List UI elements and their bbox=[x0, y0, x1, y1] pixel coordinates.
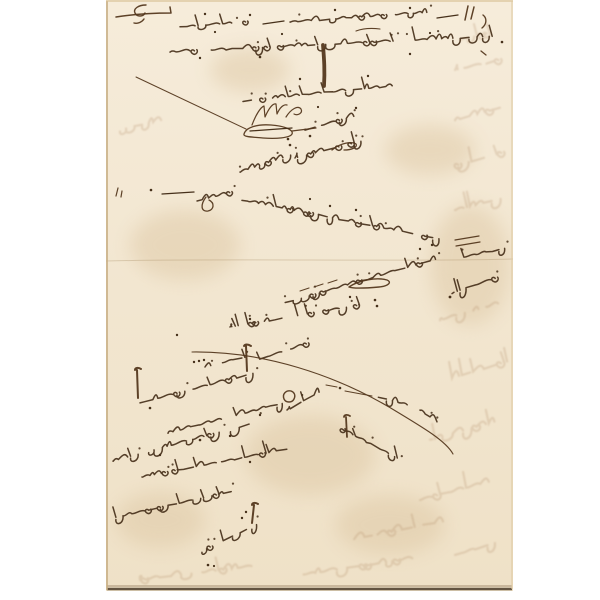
ink-dot bbox=[213, 538, 215, 540]
ink-dot bbox=[295, 147, 297, 149]
diacritic-dot bbox=[259, 56, 262, 59]
ink-dot bbox=[315, 304, 317, 306]
ink-dot bbox=[284, 295, 286, 297]
diacritic-dot bbox=[149, 407, 152, 410]
ink-dot bbox=[172, 463, 174, 465]
diacritic-dot bbox=[409, 53, 411, 55]
diacritic-dot bbox=[249, 14, 251, 16]
ink-dot bbox=[239, 166, 241, 168]
ink-dot bbox=[436, 416, 438, 418]
ink-dot bbox=[406, 33, 408, 35]
diacritic-dot bbox=[419, 248, 421, 250]
ink-dot bbox=[360, 215, 362, 217]
ink-dot bbox=[354, 109, 356, 111]
ink-dot bbox=[256, 367, 258, 369]
paper-stain bbox=[430, 205, 510, 325]
paper-stain bbox=[245, 415, 375, 495]
diacritic-dot bbox=[249, 318, 251, 320]
manuscript-scan bbox=[0, 0, 600, 600]
ink-dot bbox=[138, 447, 140, 449]
diacritic-dot bbox=[199, 439, 202, 442]
ink-dot bbox=[506, 241, 508, 243]
diacritic-dot bbox=[289, 144, 292, 147]
ink-dot bbox=[298, 13, 300, 15]
flourish-stroke bbox=[323, 45, 324, 86]
ink-dot bbox=[355, 135, 357, 137]
diacritic-dot bbox=[449, 296, 452, 299]
ink-dot bbox=[211, 360, 213, 362]
ink-dot bbox=[234, 185, 236, 187]
diacritic-dot bbox=[309, 135, 312, 138]
ink-dot bbox=[249, 315, 251, 317]
ink-dot bbox=[372, 437, 374, 439]
ink-dot bbox=[391, 34, 393, 36]
diacritic-dot bbox=[376, 305, 379, 308]
ink-dot bbox=[207, 538, 209, 540]
ink-dot bbox=[167, 466, 169, 468]
manuscript-page-svg bbox=[0, 0, 600, 600]
diacritic-dot bbox=[339, 387, 342, 390]
diacritic-dot bbox=[355, 209, 357, 211]
ink-dot bbox=[431, 412, 433, 414]
diacritic-dot bbox=[198, 360, 200, 362]
ink-dot bbox=[397, 32, 399, 34]
ink-dot bbox=[430, 5, 432, 7]
diacritic-dot bbox=[214, 31, 216, 33]
ink-dot bbox=[361, 135, 363, 137]
ink-dot bbox=[277, 152, 279, 154]
diacritic-dot bbox=[349, 296, 351, 298]
ink-dot bbox=[307, 337, 309, 339]
ink-dot bbox=[357, 274, 359, 276]
ink-dot bbox=[285, 342, 287, 344]
ink-dot bbox=[342, 140, 344, 142]
ink-dot bbox=[257, 41, 259, 43]
diacritic-dot bbox=[241, 517, 243, 519]
diacritic-dot bbox=[245, 511, 247, 513]
ink-dot bbox=[257, 515, 259, 517]
diacritic-dot bbox=[429, 32, 431, 34]
diacritic-dot bbox=[309, 198, 311, 200]
paper-stain bbox=[130, 210, 240, 280]
ink-dot bbox=[385, 222, 387, 224]
diacritic-dot bbox=[431, 244, 433, 246]
ink-dot bbox=[236, 17, 238, 19]
diacritic-dot bbox=[213, 565, 215, 567]
diacritic-dot bbox=[299, 78, 301, 80]
diacritic-dot bbox=[207, 564, 210, 567]
paper-stain bbox=[210, 48, 290, 92]
diacritic-dot bbox=[287, 138, 290, 141]
ink-dot bbox=[265, 93, 267, 95]
diacritic-dot bbox=[203, 359, 205, 361]
ink-dot bbox=[232, 483, 234, 485]
ink-dot bbox=[368, 272, 370, 274]
diacritic-dot bbox=[409, 7, 411, 9]
ink-dot bbox=[301, 394, 303, 396]
diacritic-dot bbox=[329, 205, 331, 207]
diacritic-dot bbox=[159, 454, 161, 456]
diacritic-dot bbox=[204, 13, 206, 15]
diacritic-dot bbox=[374, 299, 377, 302]
diacritic-dot bbox=[249, 461, 251, 463]
diacritic-dot bbox=[281, 33, 283, 35]
diacritic-dot bbox=[317, 106, 319, 108]
ink-dot bbox=[438, 252, 440, 254]
ink-dot bbox=[186, 382, 188, 384]
ink-dot bbox=[351, 300, 353, 302]
ink-dot bbox=[437, 30, 439, 32]
ink-dot bbox=[223, 424, 225, 426]
diacritic-dot bbox=[193, 361, 195, 363]
diacritic-dot bbox=[229, 435, 231, 437]
ink-dot bbox=[289, 90, 291, 92]
ink-dot bbox=[401, 455, 403, 457]
diacritic-dot bbox=[334, 9, 336, 11]
diacritic-dot bbox=[259, 414, 261, 416]
ink-dot bbox=[295, 39, 297, 41]
diacritic-dot bbox=[199, 57, 201, 59]
diacritic-dot bbox=[367, 75, 369, 77]
diacritic-dot bbox=[501, 41, 504, 44]
ink-dot bbox=[417, 257, 419, 259]
ink-dot bbox=[266, 197, 268, 199]
ink-dot bbox=[305, 305, 307, 307]
diacritic-dot bbox=[355, 107, 357, 109]
ink-dot bbox=[251, 92, 253, 94]
ink-dot bbox=[265, 314, 267, 316]
ink-dot bbox=[496, 270, 498, 272]
diacritic-dot bbox=[150, 189, 153, 192]
ink-dot bbox=[353, 426, 355, 428]
ink-dot bbox=[461, 249, 463, 251]
ink-dot bbox=[314, 121, 316, 123]
ink-dot bbox=[336, 112, 338, 114]
diacritic-dot bbox=[176, 334, 178, 336]
